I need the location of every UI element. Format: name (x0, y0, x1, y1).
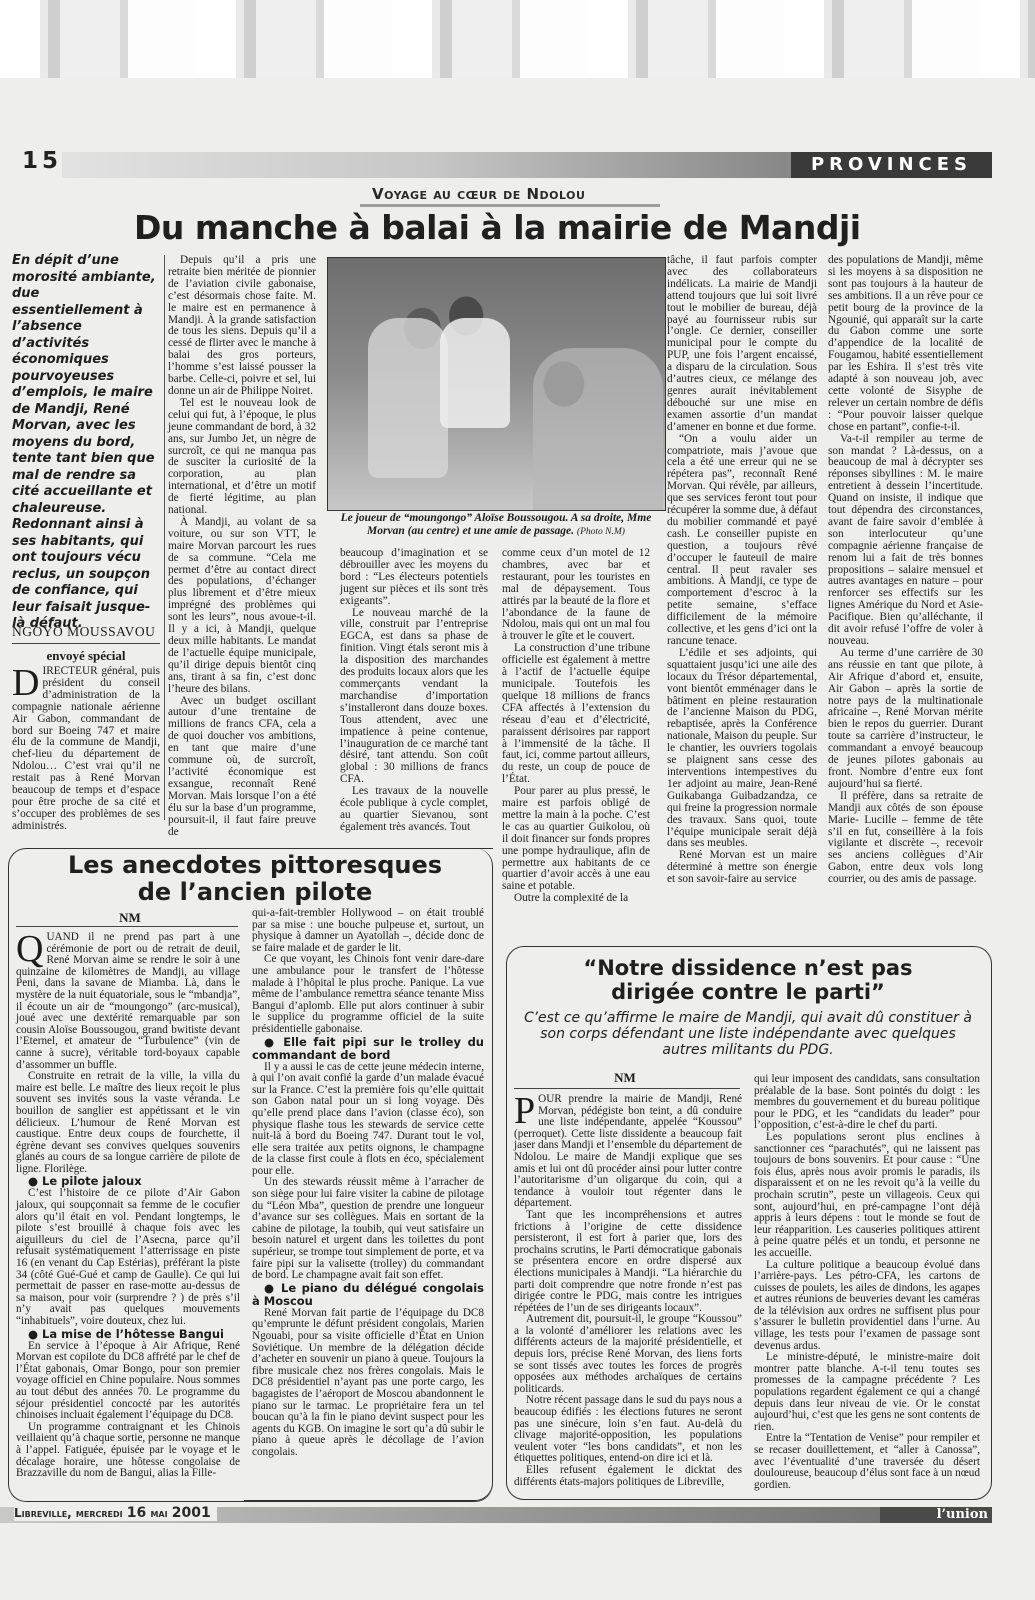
kicker: Voyage au cœur de Ndolou (372, 185, 585, 203)
photo-figure (440, 318, 510, 428)
paragraph: Tant que les incompréhensions et autres … (514, 1210, 742, 1314)
dissidence-column-2: qui leur imposent des candidats, sans co… (754, 1074, 980, 1491)
author-rule (514, 1088, 740, 1089)
page-number: 15 (22, 148, 62, 174)
paragraph: Elles refusent également le dicktat des … (514, 1465, 742, 1488)
anecdotes-column-1: QUAND il ne prend pas part à une cérémon… (16, 932, 240, 1480)
headline: Du manche à balai à la mairie de Mandji (134, 208, 874, 247)
paragraph: Tel est le nouveau look de celui qui fut… (168, 398, 316, 517)
article-column-6: des populations de Mandji, même si les m… (828, 255, 983, 886)
anecdotes-box-right (244, 848, 493, 1501)
paragraph: Va-t-il rempiler au terme de son mandat … (828, 434, 983, 648)
paragraph: comme ceux d’un motel de 12 chambres, av… (502, 548, 650, 643)
paragraph: Il préfère, dans sa retraite de Mandji a… (828, 791, 983, 886)
kicker-rule (360, 204, 660, 207)
footer-date: Libreville, mercredi 16 mai 2001 (14, 1505, 217, 1521)
article-column-3: beaucoup d’imagination et se débrouiller… (340, 548, 488, 834)
paragraph: POUR prendre la mairie de Mandji, René M… (514, 1094, 742, 1210)
photo-figure (368, 318, 448, 478)
paragraph: L’édile et ses adjoints, qui squattaient… (667, 648, 817, 850)
paragraph: À Mandji, au volant de sa voiture, ou su… (168, 517, 316, 696)
paragraph: des populations de Mandji, même si les m… (828, 255, 983, 434)
paragraph: René Morvan est un maire déterminé à met… (667, 850, 817, 886)
byline-rule (12, 643, 160, 644)
photo-figure (533, 348, 663, 511)
paragraph: Construite en retrait de la ville, la vi… (16, 1071, 240, 1175)
paragraph: Entre la “Tentation de Venise” pour remp… (754, 1433, 980, 1491)
paragraph: beaucoup d’imagination et se débrouiller… (340, 548, 488, 608)
paragraph: C’est l’histoire de ce pilote d’Air Gabo… (16, 1188, 240, 1327)
author-rule (16, 926, 238, 927)
paragraph: DIRECTEUR général, puis président du con… (12, 666, 160, 833)
drop-cap: P (514, 1096, 535, 1127)
author-byline: NGOYO MOUSSAVOU (12, 624, 160, 640)
paragraph: Le ministre-député, le ministre-maire do… (754, 1352, 980, 1433)
paragraph: Un programme contraignant et les Chinois… (16, 1422, 240, 1480)
subheading-hostess-bangui: ● La mise de l’hôtesse Bangui (16, 1328, 240, 1341)
drop-cap: Q (16, 934, 43, 965)
anecdotes-author: NM (20, 910, 240, 926)
paragraph: Le nouveau marché de la ville, construit… (340, 608, 488, 787)
paragraph: tâche, il faut parfois compter avec des … (667, 255, 817, 434)
paragraph: La construction d’une tribune officielle… (502, 643, 650, 786)
article-column-1: DIRECTEUR général, puis président du con… (12, 666, 160, 833)
lede: En dépit d’une morosité ambiante, due es… (12, 253, 160, 633)
paragraph: Autrement dit, poursuit-il, le groupe “K… (514, 1314, 742, 1395)
paragraph: “On a voulu aider un compatriote, mais j… (667, 434, 817, 648)
article-column-5: tâche, il faut parfois compter avec des … (667, 255, 817, 886)
article-column-4: comme ceux d’un motel de 12 chambres, av… (502, 548, 650, 905)
column-rule (164, 255, 165, 820)
paragraph: qui leur imposent des candidats, sans co… (754, 1074, 980, 1132)
photo-credit: (Photo N.M) (577, 527, 625, 537)
dissidence-subtitle: C’est ce qu’affirme le maire de Mandji, … (520, 1010, 976, 1058)
paragraph: Les travaux de la nouvelle école publiqu… (340, 786, 488, 834)
paragraph: Au terme d’une carrière de 30 ans réussi… (828, 648, 983, 791)
paragraph: Depuis qu’il a pris une retraite bien mé… (168, 255, 316, 398)
article-column-2: Depuis qu’il a pris une retraite bien mé… (168, 255, 316, 838)
photo-caption: Le joueur de “moungongo” Aloïse Boussoug… (322, 512, 670, 539)
newspaper-logo: l’union (880, 1507, 992, 1523)
paragraph: Les populations seront plus enclines à s… (754, 1132, 980, 1260)
paragraph: QUAND il ne prend pas part à une cérémon… (16, 932, 240, 1071)
paragraph: Outre la complexité de la (502, 893, 650, 905)
paragraph: En service à l’époque à Air Afrique, Ren… (16, 1341, 240, 1422)
paragraph: La culture politique a beaucoup évolué d… (754, 1260, 980, 1353)
dissidence-title: “Notre dissidence n’est pas dirigée cont… (508, 956, 988, 1004)
section-label: PROVINCES (791, 152, 992, 178)
scan-top-margin (0, 0, 1035, 78)
dissidence-author: NM (510, 1070, 740, 1086)
paragraph: Avec un budget oscillant autour d’une tr… (168, 696, 316, 839)
paragraph: Pour parer au plus pressé, le maire est … (502, 786, 650, 893)
drop-cap: D (12, 668, 39, 699)
dissidence-column-1: POUR prendre la mairie de Mandji, René M… (514, 1094, 742, 1488)
paragraph: Notre récent passage dans le sud du pays… (514, 1395, 742, 1465)
photo-moungongo-player (327, 257, 666, 511)
